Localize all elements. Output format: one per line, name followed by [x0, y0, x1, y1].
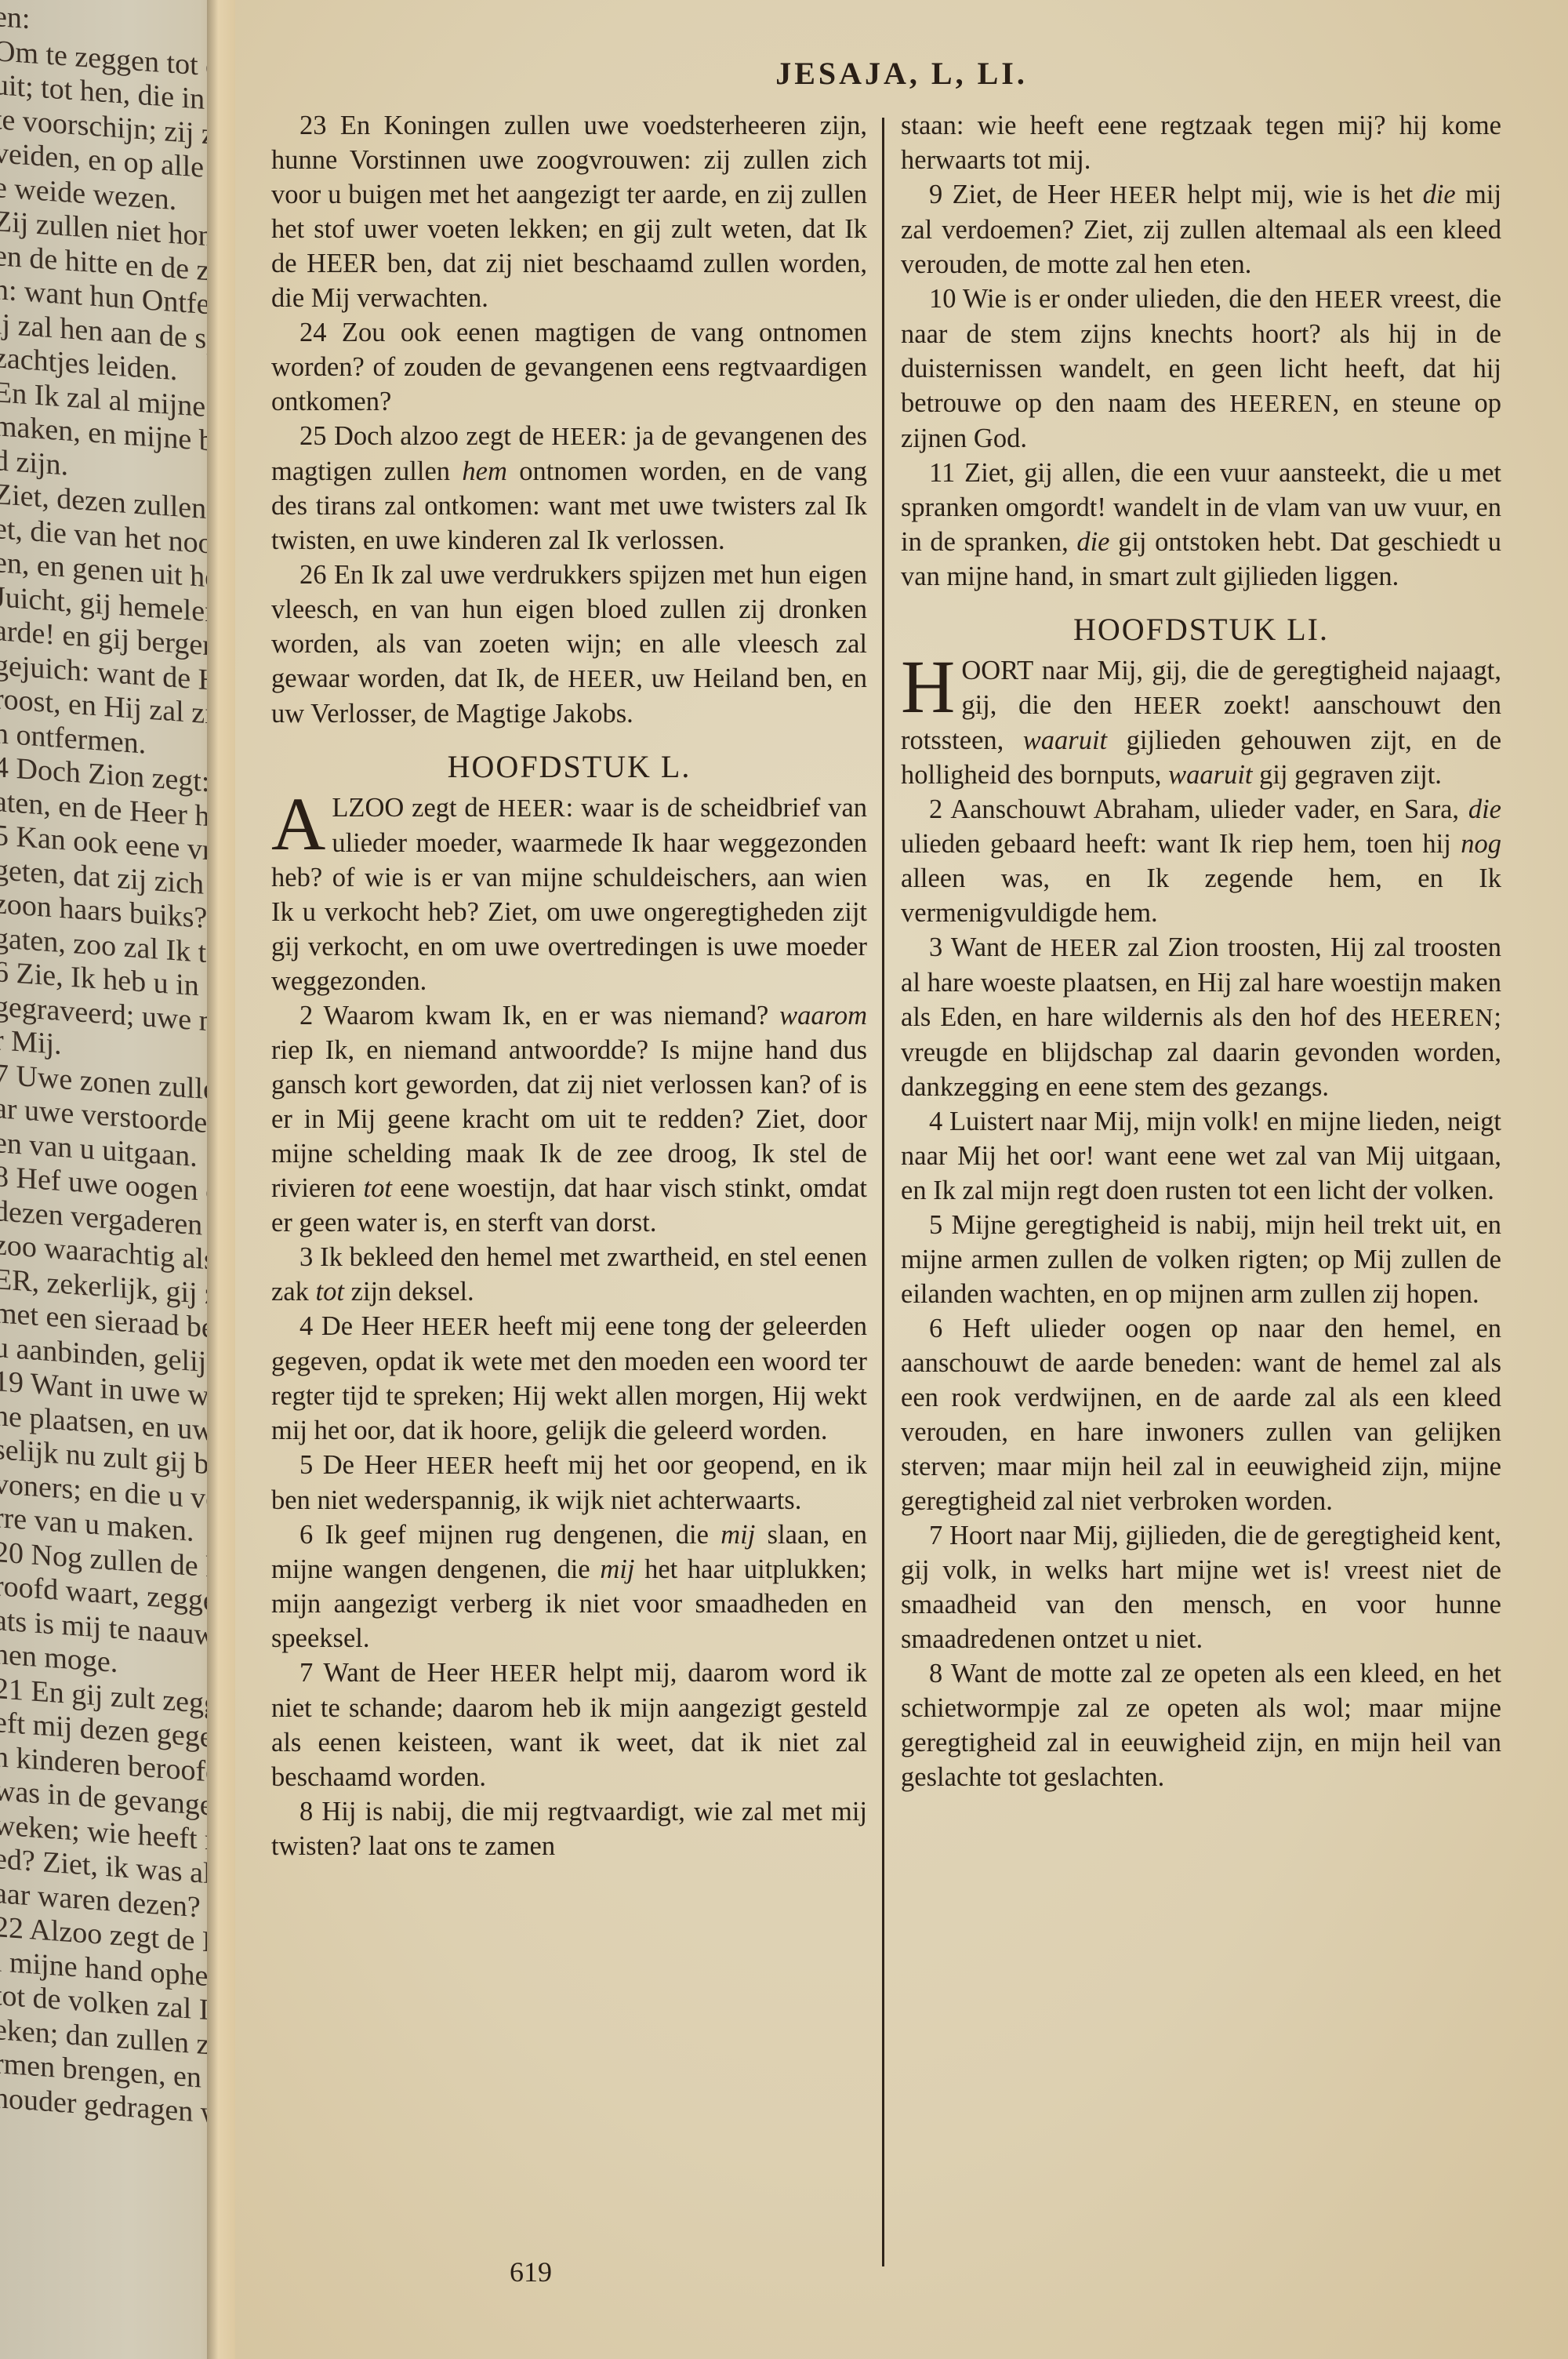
verse-8-continuation: staan: wie heeft eene regtzaak tegen mij… — [901, 108, 1501, 177]
right-column: staan: wie heeft eene regtzaak tegen mij… — [901, 108, 1501, 1794]
previous-page-text: en:Om te zeggen tot de gebouit; tot hen,… — [0, 0, 229, 2132]
running-head: JESAJA, L, LI. — [235, 55, 1568, 92]
chapter-LI-verse-7: 7 Hoort naar Mij, gijlieden, die de gere… — [901, 1518, 1501, 1656]
verse-25: 25 Doch alzoo zegt de HEER: ja de gevang… — [271, 419, 867, 558]
chapter-L-verse-6: 6 Ik geef mijnen rug dengenen, die mij s… — [271, 1518, 867, 1656]
chapter-LI-verse-5: 5 Mijne geregtigheid is nabij, mijn heil… — [901, 1208, 1501, 1311]
chapter-LI-verse-8: 8 Want de motte zal ze opeten als een kl… — [901, 1656, 1501, 1794]
verse-26: 26 En Ik zal uwe verdrukkers spijzen met… — [271, 558, 867, 731]
chapter-L-verse-2: 2 Waarom kwam Ik, en er was niemand? waa… — [271, 998, 867, 1240]
chapter-LI-verse-6: 6 Heft ulieder oogen op naar den hemel, … — [901, 1311, 1501, 1518]
page-number: 619 — [235, 2255, 1568, 2288]
column-divider — [882, 118, 884, 2266]
book-gutter — [207, 0, 235, 2359]
chapter-L-verse-4: 4 De Heer HEER heeft mij eene tong der g… — [271, 1309, 867, 1448]
chapter-L-verse-3: 3 Ik bekleed den hemel met zwartheid, en… — [271, 1240, 867, 1309]
chapter-heading-LI: HOOFDSTUK LI. — [901, 611, 1501, 649]
chapter-L-verse-5: 5 De Heer HEER heeft mij het oor geopend… — [271, 1448, 867, 1518]
chapter-L-verse-11: 11 Ziet, gij allen, die een vuur aanstee… — [901, 456, 1501, 594]
verse-24: 24 Zou ook eenen magtigen de vang ontnom… — [271, 315, 867, 419]
chapter-L-verse-9: 9 Ziet, de Heer HEER helpt mij, wie is h… — [901, 177, 1501, 282]
chapter-LI-verse-2: 2 Aanschouwt Abraham, ulieder vader, en … — [901, 792, 1501, 930]
left-column: 23 En Koningen zullen uwe voedsterheeren… — [271, 108, 867, 1863]
chapter-L-verse-10: 10 Wie is er onder ulieden, die den HEER… — [901, 282, 1501, 456]
chapter-heading-L: HOOFDSTUK L. — [271, 748, 867, 786]
chapter-L-verse-8: 8 Hij is nabij, die mij regtvaardigt, wi… — [271, 1794, 867, 1863]
chapter-L-verse-7: 7 Want de Heer HEER helpt mij, daarom wo… — [271, 1656, 867, 1794]
chapter-LI-verse-3: 3 Want de HEER zal Zion troosten, Hij za… — [901, 930, 1501, 1104]
chapter-LI-verse-4: 4 Luistert naar Mij, mijn volk! en mijne… — [901, 1104, 1501, 1208]
drop-cap: H — [901, 656, 955, 718]
chapter-L-verse-1: ALZOO zegt de HEER: waar is de scheidbri… — [271, 791, 867, 998]
chapter-LI-verse-1: HOORT naar Mij, gij, die de geregtigheid… — [901, 653, 1501, 792]
book-page: JESAJA, L, LI. 23 En Koningen zullen uwe… — [235, 0, 1568, 2359]
drop-cap: A — [271, 794, 325, 855]
verse-23: 23 En Koningen zullen uwe voedsterheeren… — [271, 108, 867, 315]
previous-page-curl: en:Om te zeggen tot de gebouit; tot hen,… — [0, 0, 235, 2359]
